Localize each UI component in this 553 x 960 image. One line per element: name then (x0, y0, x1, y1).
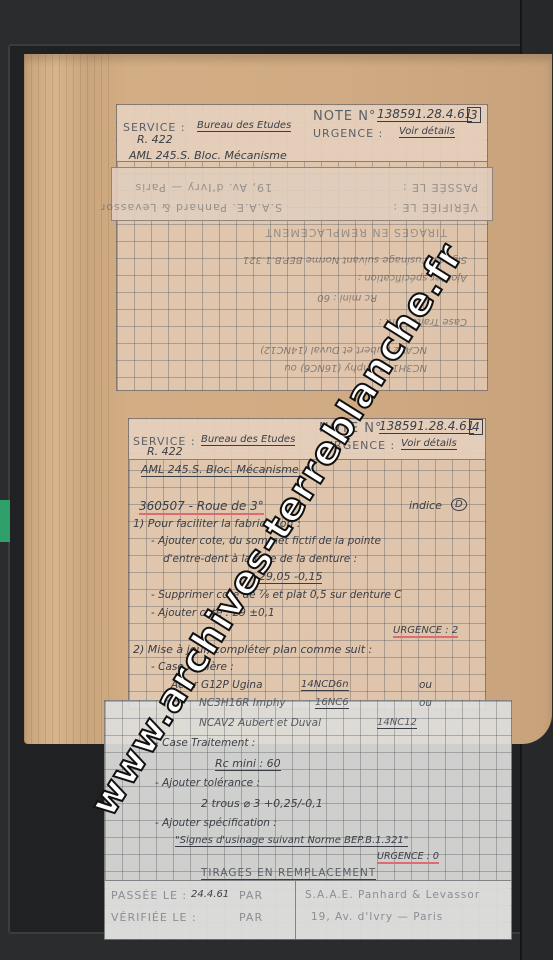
mirrored-verifiee: VÉRIFIÉE LE : (392, 201, 478, 214)
reference: R. 422 (137, 133, 173, 146)
section1-line: - Ajouter cote : 29 ±0,1 (151, 607, 275, 619)
tolerance-value: 2 trous ⌀ 3 +0,25/-0,1 (201, 797, 323, 810)
subject: AML 245.S. Bloc. Mécanisme (129, 149, 287, 162)
mirrored-line: NCAV2 Aubert et Duval (14NC12) (260, 344, 427, 355)
urgence-label: URGENCE : (313, 127, 383, 140)
section2-urgence: URGENCE : 0 (377, 851, 439, 864)
mirrored-line: Rc mini : 60 (317, 292, 377, 303)
indice-label: indice (409, 499, 442, 512)
section1-title: 1) Pour faciliter la fabrication : (133, 517, 301, 530)
note-label: NOTE N° (319, 421, 382, 436)
top-sheet: NOTE N° 138591.28.4.61 3 SERVICE : Burea… (116, 104, 488, 391)
urgence-label: URGENCE : (325, 439, 395, 452)
urgence-value: Voir détails (399, 126, 455, 138)
material-code: 14NCD6n (301, 679, 349, 691)
material-sep: ou (419, 679, 432, 691)
material-code: 14NC12 (377, 717, 417, 729)
main-sheet-header: NOTE N° 138591.28.4.61 4 SERVICE : Burea… (129, 419, 485, 460)
mirrored-passee: PASSÉE LE : (402, 181, 478, 194)
material-name: Acier G12P Ugina (171, 679, 263, 691)
urgence-value: Voir détails (401, 438, 457, 450)
signature-footer: PASSÉE LE : 24.4.61 PAR VÉRIFIÉE LE : PA… (105, 880, 511, 939)
service-value: Bureau des Etudes (201, 434, 295, 446)
mirrored-line: Ajouter spécification : (358, 272, 467, 283)
passee-date: 24.4.61 (191, 889, 229, 900)
section1-line: - Supprimer cote de ⅞ et plat 0,5 sur de… (151, 589, 402, 601)
company-name: S.A.A.E. Panhard & Levassor (305, 889, 480, 901)
material-code: 16NC6 (315, 697, 349, 709)
company-address: 19, Av. d'Ivry — Paris (311, 911, 443, 923)
section2-title: 2) Mise à jour, compléter plan comme sui… (133, 643, 372, 656)
sheet-index: 3 (467, 107, 481, 123)
footer-divider (295, 881, 296, 939)
case-matiere: - Case Matière : (151, 661, 234, 673)
section1-dimension: 29,05 -0,15 (259, 570, 322, 584)
service-value: Bureau des Etudes (197, 120, 291, 132)
section1-urgence: URGENCE : 2 (393, 625, 458, 638)
mirrored-line: NC3H16R Imphy (16NC6) ou (284, 362, 427, 373)
reference: R. 422 (147, 445, 183, 458)
mirrored-line: TIRAGES EN REMPLACEMENT (264, 226, 447, 239)
mirrored-line: Case Traitement : (378, 316, 467, 327)
top-sheet-header: NOTE N° 138591.28.4.61 3 SERVICE : Burea… (117, 105, 487, 162)
mirrored-company: S.A.A.E. Panhard & Levassor (100, 201, 282, 214)
spec-value: "Signes d'usinage suivant Norme BEP.B.1.… (175, 835, 408, 847)
section1-line: d'entre-dent à la face de la denture : (163, 553, 357, 565)
overlay-footer-mirrored: VÉRIFIÉE LE : PASSÉE LE : S.A.A.E. Panha… (111, 167, 493, 221)
material-name: NCAV2 Aubert et Duval (199, 717, 321, 729)
sheet-index: 4 (469, 419, 483, 435)
green-tab (0, 500, 10, 542)
part-designation: 360507 - Roue de 3° (139, 499, 264, 515)
par-label: PAR (239, 889, 263, 902)
bottom-sheet: NC3H16R Imphy 16NC6 ou NCAV2 Aubert et D… (104, 700, 512, 940)
case-traitement: - Case Traitement : (155, 737, 255, 749)
verifiee-label: VÉRIFIÉE LE : (111, 911, 197, 924)
spec-title: - Ajouter spécification : (155, 817, 277, 829)
verifiee-par-label: PAR (239, 911, 263, 924)
material-name: NC3H16R Imphy (199, 697, 286, 709)
traitement-value: Rc mini : 60 (215, 757, 281, 771)
mirrored-line: Signes d'usinage suivant Norme BEP.B.1.3… (243, 254, 467, 265)
mirrored-address: 19, Av. d'Ivry — Paris (135, 181, 273, 194)
subject: AML 245.S. Bloc. Mécanisme (141, 463, 299, 477)
passee-label: PASSÉE LE : (111, 889, 187, 902)
note-number: 138591.28.4.61 (379, 419, 474, 434)
mirrored-body: TIRAGES EN REMPLACEMENT Signes d'usinage… (137, 225, 467, 375)
note-label: NOTE N° (313, 109, 376, 124)
tolerance-title: - Ajouter tolérance : (155, 777, 260, 789)
indice-value: D (451, 498, 467, 511)
tirages-remplacement: TIRAGES EN REMPLACEMENT (201, 867, 376, 880)
section1-line: - Ajouter cote, du sommet fictif de la p… (151, 535, 381, 547)
material-sep: ou (419, 697, 432, 709)
note-number: 138591.28.4.61 (377, 107, 472, 122)
main-sheet: NOTE N° 138591.28.4.61 4 SERVICE : Burea… (128, 418, 486, 710)
